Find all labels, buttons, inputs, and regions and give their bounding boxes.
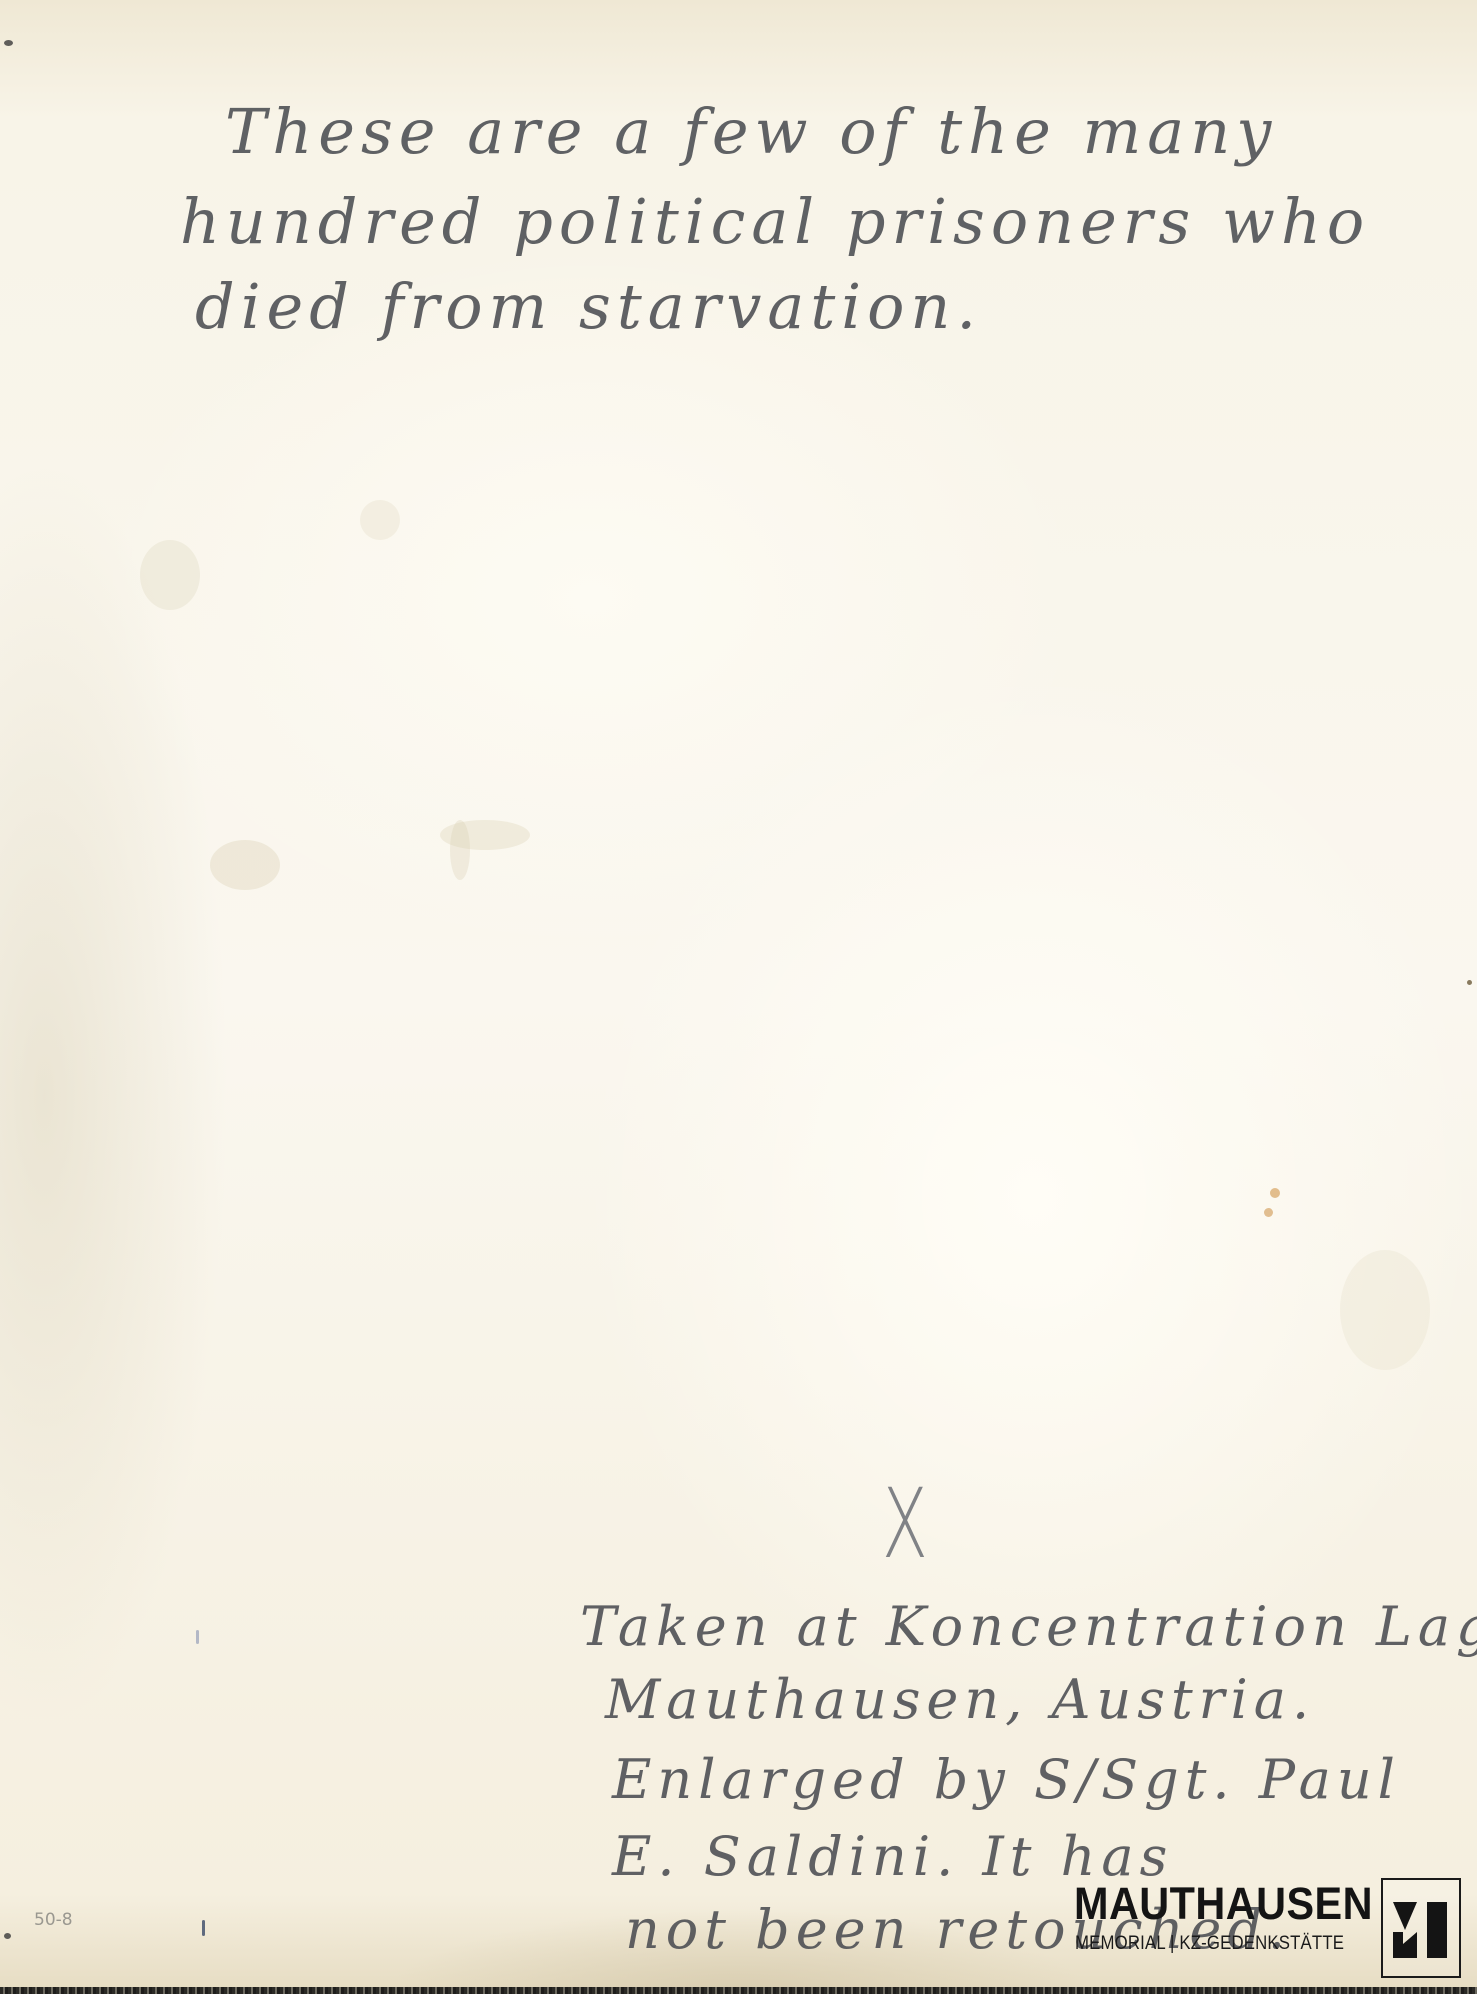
- dust-smudge: [210, 840, 280, 890]
- top-note-line-1: These are a few of the many: [225, 95, 1277, 168]
- m-glyph-icon: [1383, 1880, 1459, 1976]
- mauthausen-memorial-logo: MAUTHAUSEN MEMORIAL | KZ-GEDENKSTÄTTE: [1074, 1876, 1466, 1984]
- ink-speck: [202, 1920, 205, 1936]
- bottom-note-line-2: Mauthausen, Austria.: [605, 1668, 1315, 1731]
- top-note-line-3: died from starvation.: [195, 270, 982, 343]
- dust-smudge: [140, 540, 200, 610]
- scan-edge: [0, 1987, 1477, 1994]
- document-page: These are a few of the many hundred poli…: [0, 0, 1477, 1994]
- dust-smudge: [1340, 1250, 1430, 1370]
- foxing-stain: [1467, 980, 1472, 985]
- ink-speck: [196, 1630, 199, 1644]
- bottom-note-line-3: Enlarged by S/Sgt. Paul: [612, 1748, 1401, 1811]
- dust-smudge: [450, 820, 470, 880]
- foxing-stain: [1264, 1208, 1273, 1217]
- ink-speck: [4, 40, 13, 46]
- pencil-reference-note: 50-8: [34, 1910, 73, 1930]
- logo-subtitle: MEMORIAL | KZ-GEDENKSTÄTTE: [1075, 1932, 1344, 1955]
- bottom-note-line-1: Taken at Koncentration Lager: [580, 1595, 1477, 1658]
- ink-speck: [4, 1933, 11, 1939]
- dust-smudge: [360, 500, 400, 540]
- foxing-stain: [1270, 1188, 1280, 1198]
- x-mark: X: [882, 1468, 928, 1580]
- top-note-line-2: hundred political prisoners who: [180, 185, 1370, 258]
- logo-title: MAUTHAUSEN: [1074, 1878, 1373, 1930]
- mauthausen-m-logo-icon: [1381, 1878, 1461, 1978]
